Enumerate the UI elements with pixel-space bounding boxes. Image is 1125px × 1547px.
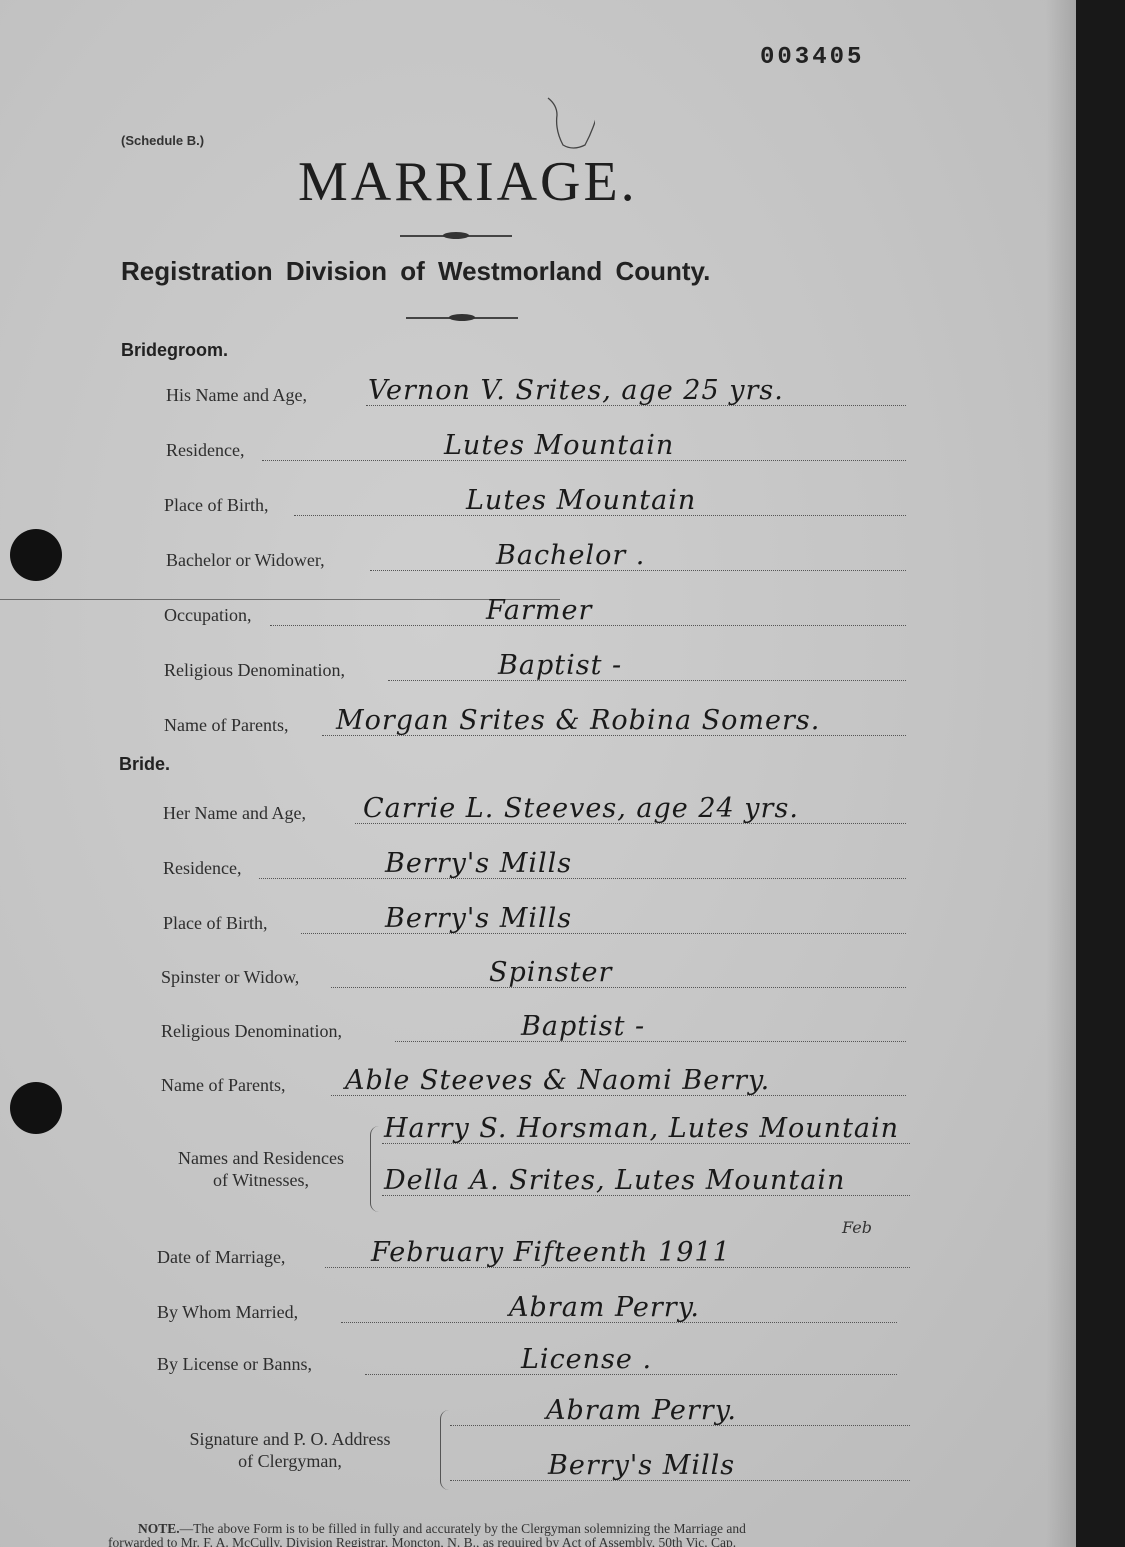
bride-heading: Bride.	[119, 754, 170, 775]
witness-1-value: Harry S. Horsman, Lutes Mountain	[384, 1113, 899, 1144]
page-edge-shadow	[1046, 0, 1076, 1547]
clergyman-label: Signature and P. O. Address of Clergyman…	[150, 1428, 430, 1472]
field-value: Abram Perry.	[509, 1292, 700, 1323]
clergyman-label-line1: Signature and P. O. Address	[150, 1428, 430, 1450]
groom-name-age-field: His Name and Age, Vernon V. Srites, age …	[166, 372, 906, 412]
note-line2: forwarded to Mr. F. A. McCully, Division…	[108, 1536, 908, 1547]
witness-2-field: Della A. Srites, Lutes Mountain	[382, 1162, 910, 1202]
witness-1-field: Harry S. Horsman, Lutes Mountain	[382, 1110, 910, 1150]
note-line1: —The above Form is to be filled in fully…	[180, 1521, 746, 1536]
field-value: Lutes Mountain	[466, 485, 696, 516]
field-value: Lutes Mountain	[444, 430, 674, 461]
field-label: Her Name and Age,	[163, 803, 306, 824]
field-label: Residence,	[166, 440, 244, 461]
groom-residence-field: Residence, Lutes Mountain	[166, 427, 906, 467]
witnesses-label-line2: of Witnesses,	[155, 1169, 367, 1191]
serial-number: 003405	[760, 44, 864, 71]
ornament-divider	[406, 317, 518, 319]
field-value: Able Steeves & Naomi Berry.	[345, 1065, 770, 1096]
field-value: Berry's Mills	[385, 848, 572, 879]
witnesses-label-line1: Names and Residences	[155, 1147, 367, 1169]
field-rule	[259, 878, 906, 879]
punch-hole-icon	[10, 529, 62, 581]
bridegroom-heading: Bridegroom.	[121, 340, 228, 361]
field-label: Place of Birth,	[163, 913, 267, 934]
field-label: Spinster or Widow,	[161, 967, 299, 988]
bride-religion-field: Religious Denomination, Baptist -	[161, 1008, 906, 1048]
field-label: Occupation,	[164, 605, 251, 626]
witnesses-label: Names and Residences of Witnesses,	[155, 1147, 367, 1191]
schedule-label: (Schedule B.)	[121, 133, 204, 148]
field-label: Name of Parents,	[161, 1075, 285, 1096]
note-prefix: NOTE.	[138, 1521, 180, 1536]
bride-residence-field: Residence, Berry's Mills	[163, 845, 906, 885]
clergyman-signature-value: Abram Perry.	[546, 1395, 737, 1426]
groom-place-of-birth-field: Place of Birth, Lutes Mountain	[164, 482, 906, 522]
groom-bachelor-widower-field: Bachelor or Widower, Bachelor .	[166, 537, 906, 577]
footer-note: NOTE.—The above Form is to be filled in …	[108, 1522, 908, 1547]
field-rule	[395, 1041, 906, 1042]
groom-religion-field: Religious Denomination, Baptist -	[164, 647, 906, 687]
field-label: Name of Parents,	[164, 715, 288, 736]
field-label: Religious Denomination,	[164, 660, 345, 681]
field-value: Morgan Srites & Robina Somers.	[336, 705, 820, 736]
by-whom-married-field: By Whom Married, Abram Perry.	[157, 1289, 897, 1329]
field-value: February Fifteenth 1911	[371, 1237, 731, 1268]
clergyman-address-field: Berry's Mills	[450, 1447, 910, 1487]
field-rule	[331, 987, 906, 988]
bride-spinster-widow-field: Spinster or Widow, Spinster	[161, 954, 906, 994]
field-value: Spinster	[489, 957, 612, 988]
field-value: Bachelor .	[496, 540, 645, 571]
field-value: Berry's Mills	[385, 903, 572, 934]
clergyman-signature-field: Abram Perry.	[450, 1392, 910, 1432]
clergyman-label-line2: of Clergyman,	[150, 1450, 430, 1472]
field-rule	[388, 680, 906, 681]
field-value: License .	[521, 1344, 652, 1375]
field-label: Religious Denomination,	[161, 1021, 342, 1042]
field-label: By Whom Married,	[157, 1302, 298, 1323]
bride-parents-field: Name of Parents, Able Steeves & Naomi Be…	[161, 1062, 906, 1102]
field-value: Baptist -	[498, 650, 622, 681]
field-label: Residence,	[163, 858, 241, 879]
groom-occupation-field: Occupation, Farmer	[164, 592, 906, 632]
field-value: Baptist -	[521, 1011, 645, 1042]
field-label: His Name and Age,	[166, 385, 307, 406]
page-subtitle: Registration Division of Westmorland Cou…	[121, 256, 710, 287]
scanner-background	[1076, 0, 1125, 1547]
date-annotation: Feb	[842, 1218, 872, 1237]
field-value: Vernon V. Srites, age 25 yrs.	[368, 375, 784, 406]
check-mark-icon	[545, 95, 595, 155]
field-label: Bachelor or Widower,	[166, 550, 325, 571]
field-label: By License or Banns,	[157, 1354, 312, 1375]
date-of-marriage-field: Date of Marriage, February Fifteenth 191…	[157, 1234, 910, 1274]
field-value: Carrie L. Steeves, age 24 yrs.	[363, 793, 799, 824]
license-or-banns-field: By License or Banns, License .	[157, 1341, 897, 1381]
clergyman-address-value: Berry's Mills	[548, 1450, 735, 1481]
bride-name-age-field: Her Name and Age, Carrie L. Steeves, age…	[163, 790, 906, 830]
clergyman-brace	[440, 1410, 449, 1490]
field-value: Farmer	[486, 595, 592, 626]
witness-2-value: Della A. Srites, Lutes Mountain	[384, 1165, 845, 1196]
witnesses-brace	[370, 1126, 379, 1212]
field-label: Date of Marriage,	[157, 1247, 285, 1268]
field-label: Place of Birth,	[164, 495, 268, 516]
page-title: MARRIAGE.	[298, 150, 638, 214]
groom-parents-field: Name of Parents, Morgan Srites & Robina …	[164, 702, 906, 742]
punch-hole-icon	[10, 1082, 62, 1134]
ornament-divider	[400, 235, 512, 237]
marriage-registration-form: 003405 (Schedule B.) MARRIAGE. Registrat…	[0, 0, 1076, 1547]
bride-place-of-birth-field: Place of Birth, Berry's Mills	[163, 900, 906, 940]
